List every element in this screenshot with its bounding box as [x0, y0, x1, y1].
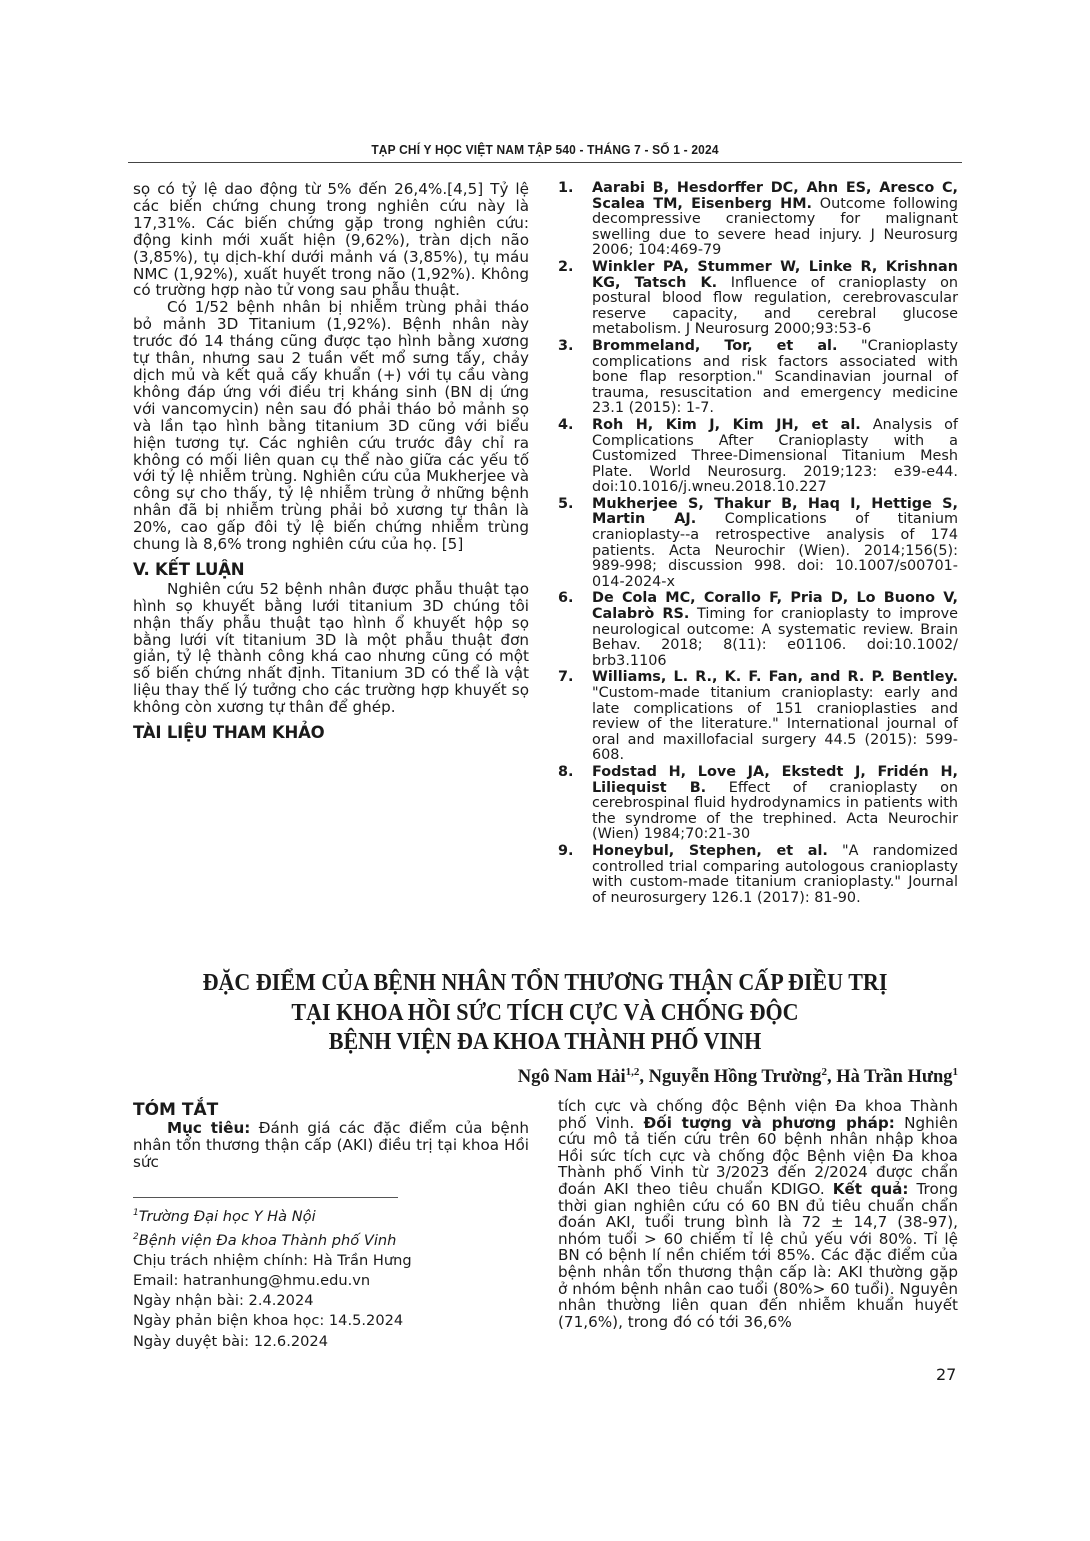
affiliation-text: Bệnh viện Đa khoa Thành phố Vinh: [139, 1232, 397, 1249]
reference-item: 2.Winkler PA, Stummer W, Linke R, Krishn…: [558, 260, 958, 338]
reference-number: 6.: [558, 591, 573, 607]
objective-label: Mục tiêu:: [167, 1119, 250, 1137]
reference-number: 9.: [558, 844, 573, 860]
page-number: 27: [936, 1365, 956, 1384]
date-reviewed: Ngày phản biện khoa học: 14.5.2024: [133, 1311, 529, 1331]
discussion-paragraph: Có 1/52 bệnh nhân bị nhiễm trùng phải th…: [133, 299, 529, 553]
abstract-continued: tích cực và chống độc Bệnh viện Đa khoa …: [558, 1098, 958, 1330]
date-accepted: Ngày duyệt bài: 12.6.2024: [133, 1332, 529, 1352]
results-label: Kết quả:: [833, 1180, 909, 1198]
date-received: Ngày nhận bài: 2.4.2024: [133, 1291, 529, 1311]
author-list: Ngô Nam Hải1,2, Nguyễn Hồng Trường2, Hà …: [518, 1066, 958, 1088]
reference-item: 6.De Cola MC, Corallo F, Pria D, Lo Buon…: [558, 591, 958, 669]
left-column: sọ có tỷ lệ dao động từ 5% đến 26,4%.[4,…: [133, 181, 529, 744]
reference-number: 3.: [558, 339, 573, 355]
affiliation-1: 1Trường Đại học Y Hà Nội: [133, 1203, 529, 1227]
reference-number: 4.: [558, 418, 573, 434]
affiliation-2: 2Bệnh viện Đa khoa Thành phố Vinh: [133, 1227, 529, 1251]
reference-authors: Williams, L. R., K. F. Fan, and R. P. Be…: [592, 669, 958, 685]
reference-number: 1.: [558, 181, 573, 197]
conclusion-heading: V. KẾT LUẬN: [133, 562, 529, 579]
footnote-rule: [133, 1197, 398, 1198]
reference-text: "Custom-made titanium cranioplasty: earl…: [592, 685, 958, 763]
reference-item: 1.Aarabi B, Hesdorffer DC, Ahn ES, Aresc…: [558, 181, 958, 259]
reference-item: 9.Honeybul, Stephen, et al. "A randomize…: [558, 844, 958, 906]
conclusion-paragraph: Nghiên cứu 52 bệnh nhân được phẫu thuật …: [133, 581, 529, 716]
author-name: Ngô Nam Hải: [518, 1067, 626, 1087]
reference-item: 5.Mukherjee S, Thakur B, Haq I, Hettige …: [558, 497, 958, 591]
reference-item: 4.Roh H, Kim J, Kim JH, et al. Analysis …: [558, 418, 958, 496]
reference-authors: Honeybul, Stephen, et al.: [592, 843, 828, 859]
article-title-line: TẠI KHOA HỒI SỨC TÍCH CỰC VÀ CHỐNG ĐỘC: [170, 998, 921, 1028]
right-column: 1.Aarabi B, Hesdorffer DC, Ahn ES, Aresc…: [558, 181, 958, 907]
reference-authors: Roh H, Kim J, Kim JH, et al.: [592, 417, 861, 433]
author-separator: ,: [827, 1067, 836, 1087]
discussion-paragraph: sọ có tỷ lệ dao động từ 5% đến 26,4%.[4,…: [133, 181, 529, 299]
reference-item: 8.Fodstad H, Love JA, Ekstedt J, Fridén …: [558, 765, 958, 843]
article-title-line: ĐẶC ĐIỂM CỦA BỆNH NHÂN TỔN THƯƠNG THẬN C…: [170, 968, 921, 998]
abstract-right-column: tích cực và chống độc Bệnh viện Đa khoa …: [558, 1098, 958, 1330]
reference-number: 2.: [558, 260, 573, 276]
abstract-heading: TÓM TẮT: [133, 1102, 529, 1119]
reference-item: 3.Brommeland, Tor, et al. "Cranioplasty …: [558, 339, 958, 417]
reference-number: 8.: [558, 765, 573, 781]
affiliation-text: Trường Đại học Y Hà Nội: [139, 1207, 316, 1224]
footnotes: 1Trường Đại học Y Hà Nội 2Bệnh viện Đa k…: [133, 1203, 529, 1352]
reference-number: 7.: [558, 670, 573, 686]
header-rule: [128, 162, 962, 163]
methods-label: Đối tượng và phương pháp:: [644, 1114, 895, 1132]
author-affiliation: 1: [953, 1066, 959, 1078]
author-separator: ,: [639, 1067, 648, 1087]
corresponding-author: Chịu trách nhiệm chính: Hà Trần Hưng: [133, 1251, 529, 1271]
author-name: Hà Trần Hưng: [836, 1067, 952, 1087]
reference-item: 7.Williams, L. R., K. F. Fan, and R. P. …: [558, 670, 958, 764]
author-name: Nguyễn Hồng Trường: [649, 1067, 822, 1087]
article-title-line: BỆNH VIỆN ĐA KHOA THÀNH PHỐ VINH: [170, 1027, 921, 1057]
abstract-objective: Mục tiêu: Đánh giá các đặc điểm của bệnh…: [133, 1120, 529, 1171]
journal-page: TẠP CHÍ Y HỌC VIỆT NAM TẬP 540 - THÁNG 7…: [0, 0, 1090, 1541]
article-title: ĐẶC ĐIỂM CỦA BỆNH NHÂN TỔN THƯƠNG THẬN C…: [170, 968, 921, 1057]
reference-authors: Brommeland, Tor, et al.: [592, 338, 837, 354]
running-header: TẠP CHÍ Y HỌC VIỆT NAM TẬP 540 - THÁNG 7…: [161, 142, 928, 157]
reference-number: 5.: [558, 497, 573, 513]
reference-list: 1.Aarabi B, Hesdorffer DC, Ahn ES, Aresc…: [558, 181, 958, 906]
abstract-left-column: TÓM TẮT Mục tiêu: Đánh giá các đặc điểm …: [133, 1102, 529, 1352]
author-affiliation: 1,2: [626, 1066, 640, 1078]
references-heading: TÀI LIỆU THAM KHẢO: [133, 725, 529, 742]
author-email: Email: hatranhung@hmu.edu.vn: [133, 1271, 529, 1291]
results-text: Trong thời gian nghiên cứu có 60 BN đủ t…: [558, 1180, 958, 1331]
